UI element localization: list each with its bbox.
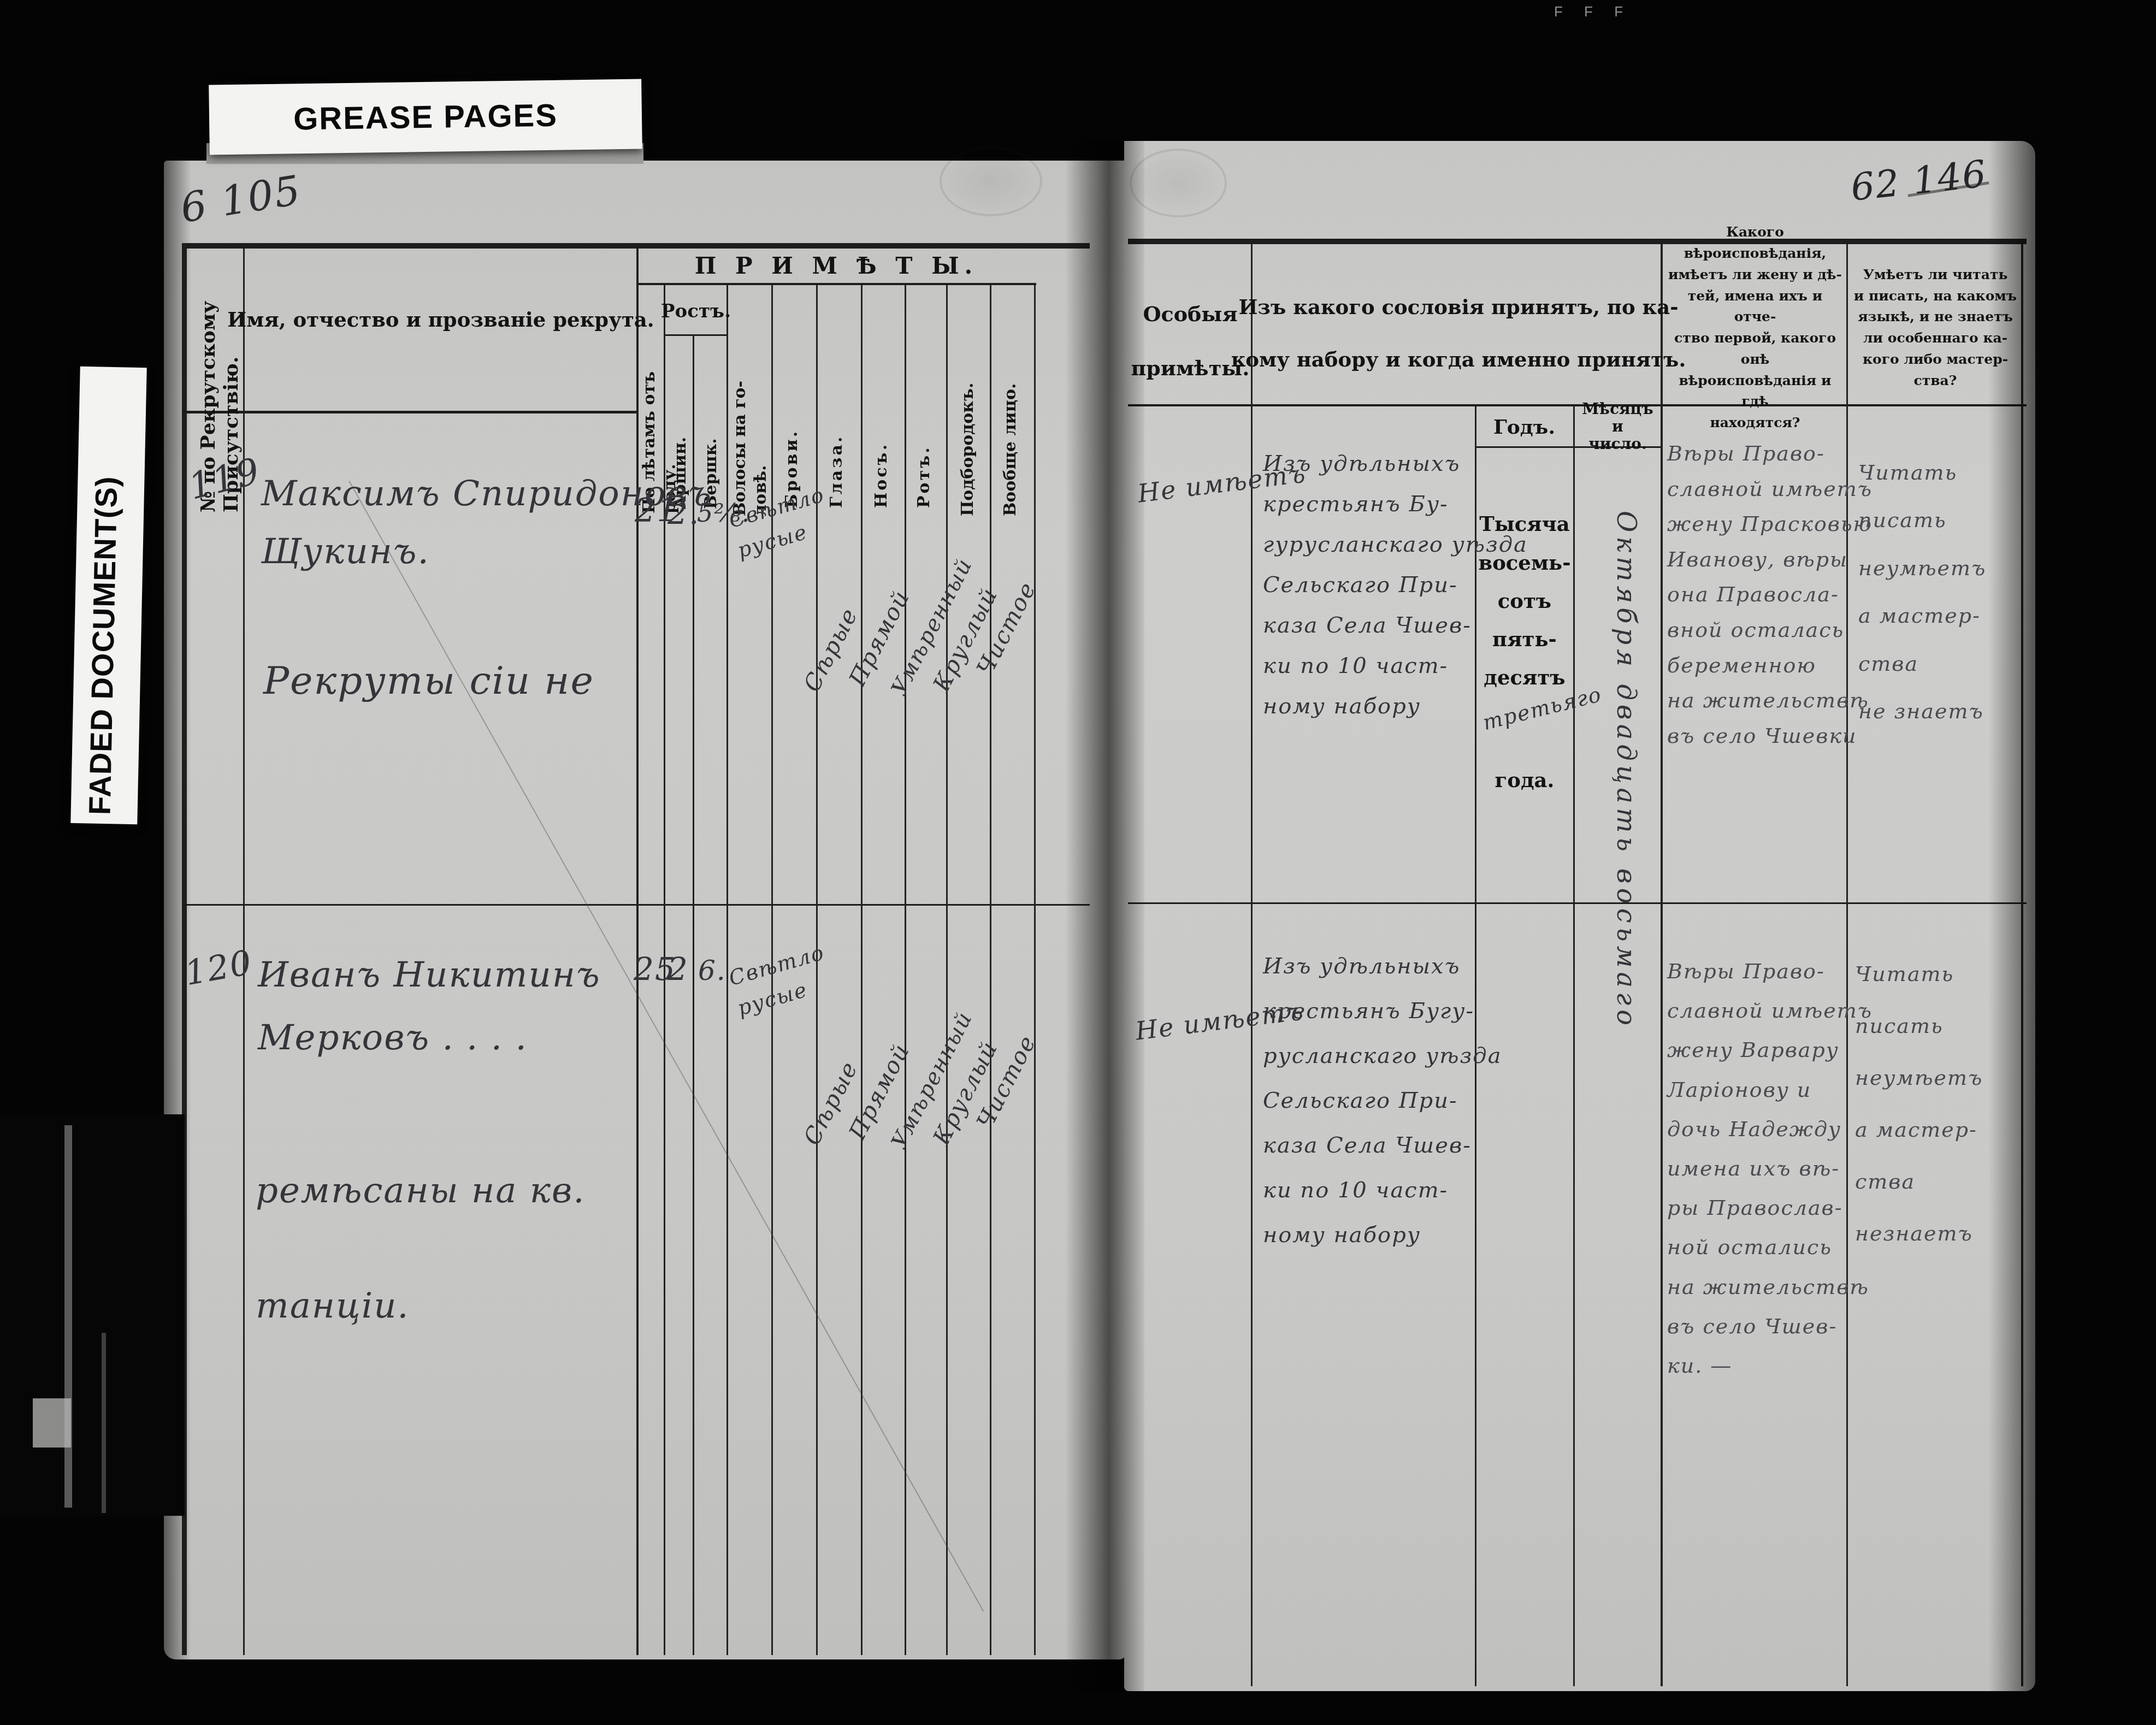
row2-religion: Вѣры Право- славной имѣетъ жену Варвару … <box>1667 952 1873 1385</box>
right-col-line-special <box>1251 244 1253 1686</box>
header-brows-col: Брови. <box>782 290 801 508</box>
row1-arshin: 2. <box>668 494 700 531</box>
header-primety-title: П Р И М Ѣ Т Ы. <box>636 249 1036 282</box>
year-printed-top: Тысяча восемь- сотъ пять- десятъ <box>1478 522 1572 680</box>
right-col-line-month <box>1573 406 1575 1686</box>
header-eyes-col: Глаза. <box>827 290 846 508</box>
row2-arshin: 2 <box>668 950 689 988</box>
header-month-col: Мѣсяцъ и число. <box>1575 405 1660 448</box>
left-col-line-nose <box>905 285 906 1655</box>
header-name-col: Имя, отчество и прозваніе рекрута. <box>244 298 637 341</box>
row1-note: Рекруты сіи не <box>263 658 594 703</box>
left-col-line-face <box>1034 285 1036 1655</box>
header-estate-col: Изъ какого сословія принятъ, по ка- кому… <box>1256 284 1661 382</box>
row1-literacy: Читать писать неумѣетъ а мастер- ства не… <box>1858 449 1986 735</box>
year-printed-bottom: года. <box>1478 764 1572 796</box>
binder-clip-highlight-2 <box>102 1333 106 1513</box>
binder-clip-notch <box>33 1398 71 1448</box>
left-col-line-eyes <box>861 285 863 1655</box>
header-face-col: Вообще лицо. <box>1001 281 1020 516</box>
right-edge-shadow <box>1988 141 2035 1691</box>
row2-literacy: Читать писать неумѣетъ а мастер- ства не… <box>1855 948 1983 1260</box>
grease-pages-label: GREASE PAGES <box>293 97 558 137</box>
month-day-note: Октября двадцать восьмаго <box>1611 511 1641 1319</box>
left-col-line-mouth <box>946 285 948 1655</box>
binder-clip <box>0 1114 185 1516</box>
embossed-stamp-left <box>940 146 1042 216</box>
row1-religion: Вѣры Право- славной имѣетъ жену Прасковь… <box>1667 436 1873 753</box>
header-mouth-col: Ротъ. <box>914 290 934 508</box>
row2-note: ремѣсаны на кв. танціи. <box>256 1133 585 1364</box>
header-chin-col: Подбородокъ. <box>958 281 977 516</box>
header-hair-col: Волосы на го- ловѣ. <box>730 281 771 516</box>
right-table-top-border <box>1128 239 2027 244</box>
row2-vershok: 6. <box>698 955 726 986</box>
right-col-line-religion <box>1661 244 1663 1686</box>
faded-document-slip: FADED DOCUMENT(S) <box>70 367 146 824</box>
header-religion-col: Какого вѣроисповѣданія, имѣетъ ли жену и… <box>1665 257 1845 399</box>
right-row-divider <box>1128 902 2027 904</box>
grease-pages-slip: GREASE PAGES <box>209 79 642 155</box>
left-col-line-chin <box>990 285 991 1655</box>
gutter-shadow <box>1065 141 1144 1692</box>
left-name-header-underline <box>183 411 639 413</box>
faded-document-label: FADED DOCUMENT(S) <box>82 372 127 815</box>
left-table-top-border <box>183 243 1090 249</box>
binder-clip-highlight-1 <box>64 1125 72 1508</box>
row2-name: Иванъ Никитинъ Мерковъ . . . . <box>258 944 601 1070</box>
film-edge-marks: F F F <box>1554 3 1632 20</box>
microfilm-scan: F F F 6 105 62 146 № по Рекрутскому Прис… <box>0 0 2156 1725</box>
header-year-col: Годъ. <box>1476 411 1572 444</box>
header-nose-col: Носъ. <box>872 290 891 508</box>
row2-estate: Изъ удѣльныхъ крестьянъ Бугу- русланскаг… <box>1263 944 1502 1257</box>
